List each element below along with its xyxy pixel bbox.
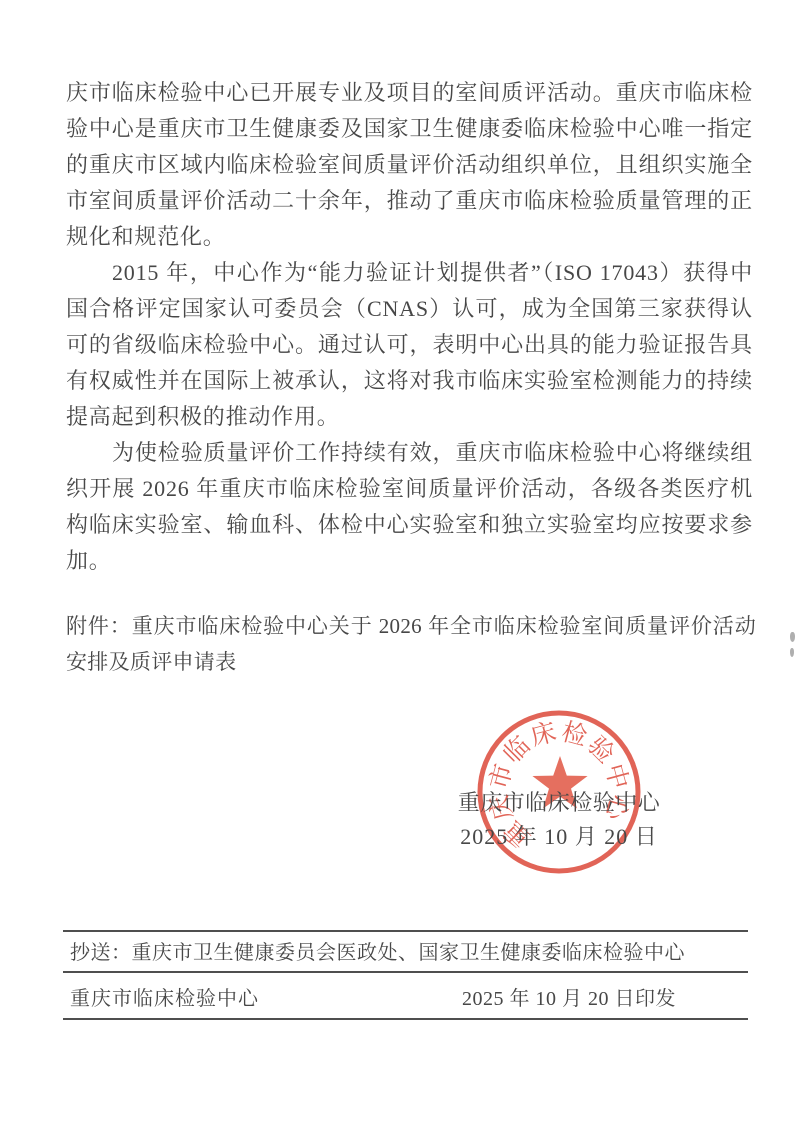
print-date: 2025 年 10 月 20 日印发: [462, 987, 676, 1011]
signature-org: 重庆市临床检验中心: [438, 790, 680, 816]
body-paragraph: 为使检验质量评价工作持续有效，重庆市临床检验中心将继续组织开展 2026 年重庆…: [66, 435, 753, 579]
seal-character: 检: [559, 718, 590, 752]
footer-divider-bottom: [63, 1018, 748, 1020]
footer-divider-middle: [63, 971, 748, 973]
signature-block: 重庆市临床检验中心 2025 年 10 月 20 日: [438, 790, 680, 850]
scan-artifact: [790, 648, 794, 657]
footer-divider-top: [63, 930, 748, 932]
document-page: 庆市临床检验中心已开展专业及项目的室间质评活动。重庆市临床检验中心是重庆市卫生健…: [0, 0, 800, 1131]
issuer-name: 重庆市临床检验中心: [70, 987, 259, 1011]
seal-character: 中: [600, 761, 634, 792]
attachment-note: 附件：重庆市临床检验中心关于 2026 年全市临床检验室间质量评价活动安排及质评…: [66, 608, 756, 680]
signature-date: 2025 年 10 月 20 日: [438, 824, 680, 850]
scan-artifact: [790, 632, 795, 642]
seal-character: 床: [528, 718, 559, 752]
cc-line: 抄送：重庆市卫生健康委员会医政处、国家卫生健康委临床检验中心: [70, 941, 750, 965]
document-body: 庆市临床检验中心已开展专业及项目的室间质评活动。重庆市临床检验中心是重庆市卫生健…: [66, 75, 753, 579]
body-paragraph: 庆市临床检验中心已开展专业及项目的室间质评活动。重庆市临床检验中心是重庆市卫生健…: [66, 75, 753, 255]
body-paragraph: 2015 年，中心作为“能力验证计划提供者”（ISO 17043）获得中国合格评…: [66, 255, 753, 435]
seal-character: 市: [485, 761, 519, 792]
